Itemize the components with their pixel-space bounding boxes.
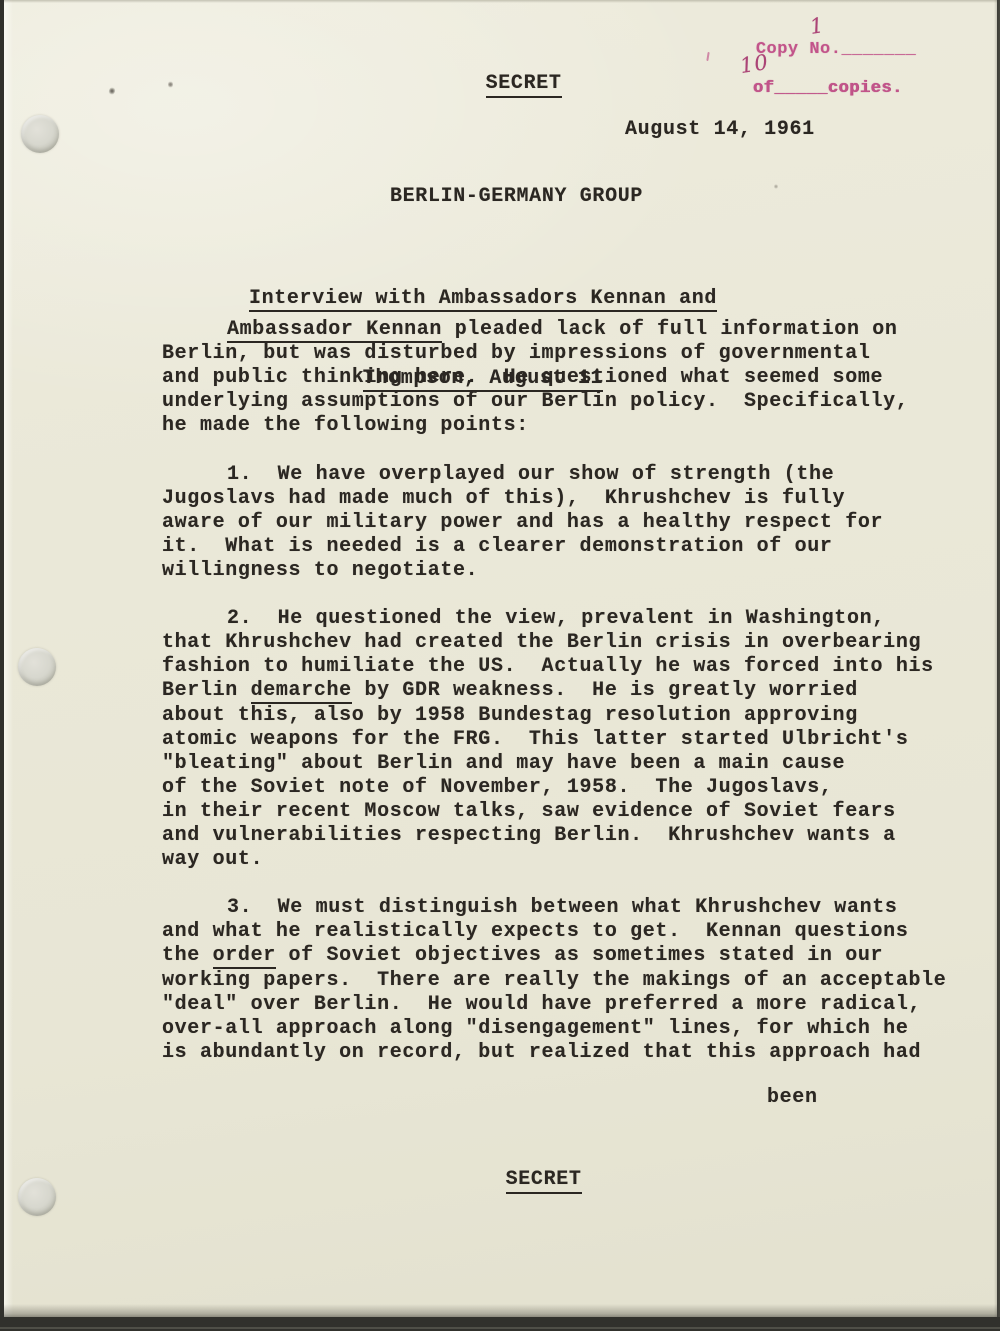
text-line: over-all approach along "disengagement" … xyxy=(162,1017,946,1041)
classification-stamp-bottom-text: SECRET xyxy=(506,1168,582,1194)
underlined-text: demarche xyxy=(251,679,352,704)
text-line: atomic weapons for the FRG. This latter … xyxy=(162,728,946,752)
text-line: Jugoslavs had made much of this), Khrush… xyxy=(162,487,946,511)
paragraph: 1. We have overplayed our show of streng… xyxy=(162,463,946,583)
classification-stamp-bottom: SECRET xyxy=(455,1144,582,1216)
text-line: way out. xyxy=(162,848,946,872)
text-line: "bleating" about Berlin and may have bee… xyxy=(162,752,946,776)
paragraph: Ambassador Kennan pleaded lack of full i… xyxy=(162,318,946,438)
text-line: 2. He questioned the view, prevalent in … xyxy=(162,607,946,631)
text-segment: he made the following points: xyxy=(162,414,529,437)
paragraph: 3. We must distinguish between what Khru… xyxy=(162,896,946,1065)
text-segment: willingness to negotiate. xyxy=(162,559,478,582)
text-line: that Khrushchev had created the Berlin c… xyxy=(162,631,946,655)
underlined-text: order xyxy=(213,944,276,969)
text-segment: fashion to humiliate the US. Actually he… xyxy=(162,655,934,678)
text-line: fashion to humiliate the US. Actually he… xyxy=(162,655,946,679)
text-segment: in their recent Moscow talks, saw eviden… xyxy=(162,800,896,823)
scan-edge-top xyxy=(4,0,997,3)
copies-total-value: 10 xyxy=(738,50,770,78)
text-segment: that Khrushchev had created the Berlin c… xyxy=(162,631,921,654)
text-segment: and public thinking here. He questioned … xyxy=(162,366,883,389)
pencil-speck xyxy=(774,184,778,189)
text-line: and vulnerabilities respecting Berlin. K… xyxy=(162,824,946,848)
text-line: and what he realistically expects to get… xyxy=(162,920,946,944)
text-segment: underlying assumptions of our Berlin pol… xyxy=(162,390,908,413)
catchword: been xyxy=(767,1086,818,1110)
text-segment: aware of our military power and has a he… xyxy=(162,511,883,534)
text-segment: atomic weapons for the FRG. This latter … xyxy=(162,728,908,751)
text-line: about this, also by 1958 Bundestag resol… xyxy=(162,704,946,728)
paragraph: 2. He questioned the view, prevalent in … xyxy=(162,607,946,872)
text-line: Berlin, but was disturbed by impressions… xyxy=(162,342,946,366)
text-line: working papers. There are really the mak… xyxy=(162,969,946,993)
document-date: August 14, 1961 xyxy=(625,118,815,142)
document-heading: BERLIN-GERMANY GROUP xyxy=(390,185,643,209)
text-segment: 2. He questioned the view, prevalent in … xyxy=(227,607,885,630)
text-segment: Berlin, but was disturbed by impressions… xyxy=(162,342,871,365)
text-line: aware of our military power and has a he… xyxy=(162,511,946,535)
underlined-text: Ambassador Kennan xyxy=(227,318,442,343)
classification-stamp-top-text: SECRET xyxy=(486,72,562,98)
pencil-speck xyxy=(168,81,173,88)
text-line: of the Soviet note of November, 1958. Th… xyxy=(162,776,946,800)
text-segment: and vulnerabilities respecting Berlin. K… xyxy=(162,824,896,847)
text-segment: working papers. There are really the mak… xyxy=(162,969,946,992)
hole-punch-top xyxy=(21,115,59,153)
text-line: the order of Soviet objectives as someti… xyxy=(162,944,946,968)
text-line: and public thinking here. He questioned … xyxy=(162,366,946,390)
text-segment: 3. We must distinguish between what Khru… xyxy=(227,896,898,919)
text-segment: Berlin xyxy=(162,679,251,702)
text-segment: 1. We have overplayed our show of streng… xyxy=(227,463,834,486)
text-line: "deal" over Berlin. He would have prefer… xyxy=(162,993,946,1017)
text-segment: the xyxy=(162,944,213,967)
text-segment: about this, also by 1958 Bundestag resol… xyxy=(162,704,858,727)
title-line-1: Interview with Ambassadors Kennan and xyxy=(248,286,718,313)
text-line: in their recent Moscow talks, saw eviden… xyxy=(162,800,946,824)
scan-edge-right xyxy=(994,0,1000,1317)
text-segment: pleaded lack of full information on xyxy=(442,318,897,341)
document-body: Ambassador Kennan pleaded lack of full i… xyxy=(162,318,946,1065)
text-segment: over-all approach along "disengagement" … xyxy=(162,1017,908,1040)
text-line: Ambassador Kennan pleaded lack of full i… xyxy=(162,318,946,342)
text-line: 3. We must distinguish between what Khru… xyxy=(162,896,946,920)
copy-no-label: Copy No. xyxy=(756,40,842,59)
copy-no-blank: _______ xyxy=(841,40,916,59)
text-segment: "deal" over Berlin. He would have prefer… xyxy=(162,993,921,1016)
text-segment: way out. xyxy=(162,848,263,871)
scanned-document-page: SECRET Copy No._______ 1 of_____copies. … xyxy=(0,0,1000,1331)
text-segment: by GDR weakness. He is greatly worried xyxy=(352,679,858,702)
hole-punch-middle xyxy=(18,648,56,686)
copies-suffix: copies. xyxy=(828,79,903,98)
text-line: 1. We have overplayed our show of streng… xyxy=(162,463,946,487)
text-segment: "bleating" about Berlin and may have bee… xyxy=(162,752,845,775)
text-line: willingness to negotiate. xyxy=(162,559,946,583)
copies-blank: _____ xyxy=(774,79,828,98)
text-line: is abundantly on record, but realized th… xyxy=(162,1041,946,1065)
classification-stamp-top: SECRET xyxy=(435,48,562,120)
text-segment: and what he realistically expects to get… xyxy=(162,920,908,943)
text-line: it. What is needed is a clearer demonstr… xyxy=(162,535,946,559)
hole-punch-bottom xyxy=(18,1178,56,1216)
of-label: of xyxy=(753,79,774,98)
text-segment: Jugoslavs had made much of this), Khrush… xyxy=(162,487,845,510)
scan-edge-bottom-highlight xyxy=(0,1327,1000,1329)
text-segment: of Soviet objectives as sometimes stated… xyxy=(276,944,883,967)
text-segment: of the Soviet note of November, 1958. Th… xyxy=(162,776,833,799)
text-line: Berlin demarche by GDR weakness. He is g… xyxy=(162,679,946,703)
text-line: he made the following points: xyxy=(162,414,946,438)
text-segment: is abundantly on record, but realized th… xyxy=(162,1041,921,1064)
text-segment: it. What is needed is a clearer demonstr… xyxy=(162,535,833,558)
text-line: underlying assumptions of our Berlin pol… xyxy=(162,390,946,414)
